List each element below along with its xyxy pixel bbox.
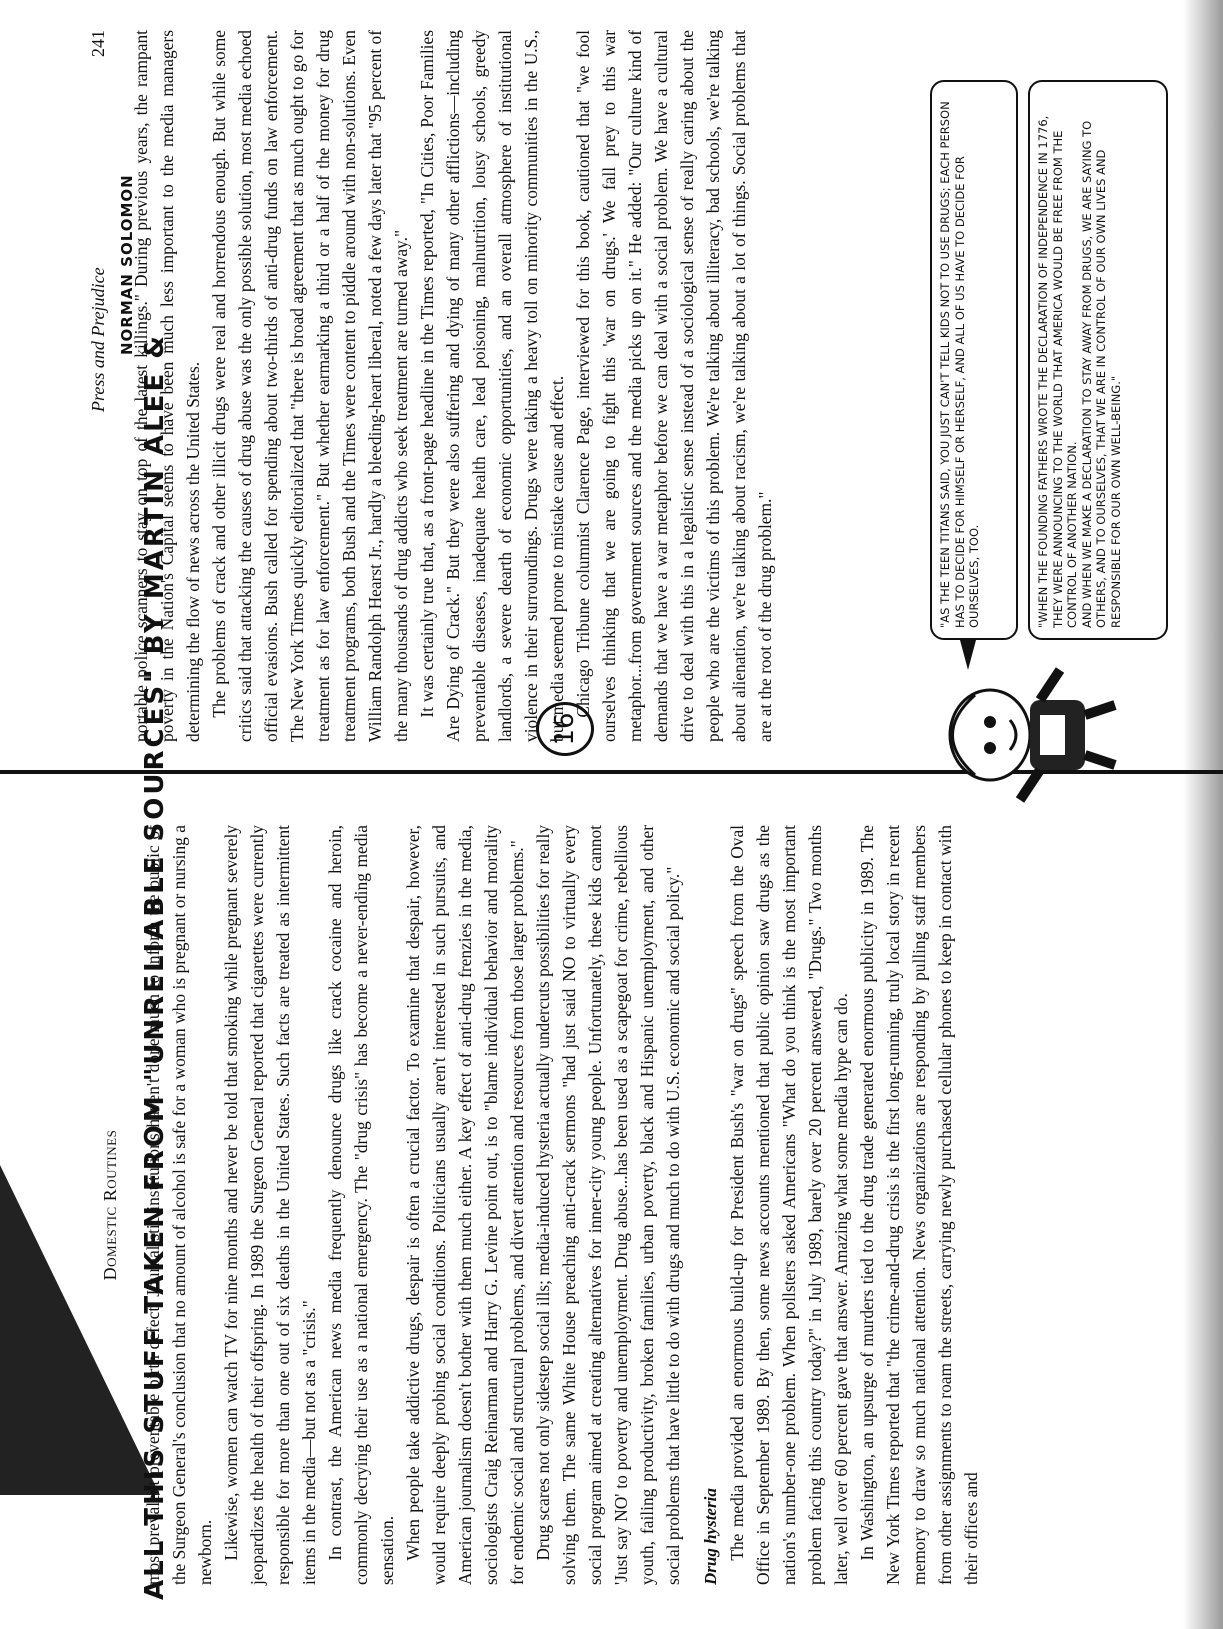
body-text: portable police scanners to stay on top …: [128, 30, 778, 742]
paragraph: The problems of crack and other illicit …: [206, 30, 414, 742]
handwritten-note: ALL THIS STUFF TAKEN FROM "UNRELIABLE SO…: [140, 100, 170, 1600]
paragraph: Likewise, women can watch TV for nine mo…: [218, 825, 322, 1585]
paragraph: It was certainly true that, as a front-p…: [414, 30, 570, 742]
running-head-title: Domestic Routines: [100, 1130, 121, 1281]
speech-bubble-tail: [960, 640, 976, 670]
handwritten-note-sub: NORMAN SOLOMON: [118, 174, 136, 355]
bubble-2-line: And when we make a declaration to stay a…: [1080, 92, 1124, 628]
speech-bubble-2: "When the founding fathers wrote the Dec…: [1028, 80, 1168, 640]
paragraph: In contrast, the American news media fre…: [322, 825, 400, 1585]
paragraph: The media provided an enormous build-up …: [724, 825, 854, 1585]
running-header: Press and Prejudice 241: [88, 30, 128, 742]
page-241: Press and Prejudice 241 portable police …: [88, 30, 778, 742]
page-number: 241: [88, 30, 109, 57]
page-domestic-routines: Domestic Routines most prevalent prevent…: [100, 825, 984, 1585]
body-text: most prevalent preventable birth defect.…: [140, 825, 984, 1585]
speech-bubble-1: "As the Teen Titans said, you just can't…: [930, 80, 1018, 640]
paragraph: Drug scares not only sidestep social ill…: [530, 825, 686, 1585]
circled-annotation-number: 16: [536, 702, 594, 756]
cartoon-kid-icon: [930, 660, 1120, 810]
annotation-number-text: 16: [550, 712, 580, 745]
section-heading: Drug hysteria: [698, 825, 724, 1585]
bubble-1-text: "As the Teen Titans said, you just can't…: [938, 92, 982, 628]
paragraph: Chicago Tribune columnist Clarence Page,…: [570, 30, 778, 742]
bubble-2-line: "When the founding fathers wrote the Dec…: [1036, 92, 1080, 628]
cartoon-panel: "As the Teen Titans said, you just can't…: [930, 40, 1190, 640]
running-header: Domestic Routines: [100, 825, 140, 1585]
running-head-title: Press and Prejudice: [88, 267, 109, 412]
handwritten-note-main: ALL THIS STUFF TAKEN FROM "UNRELIABLE SO…: [140, 333, 170, 1600]
paragraph: In Washington, an upsurge of murders tie…: [854, 825, 984, 1585]
paragraph: When people take addictive drugs, despai…: [400, 825, 530, 1585]
